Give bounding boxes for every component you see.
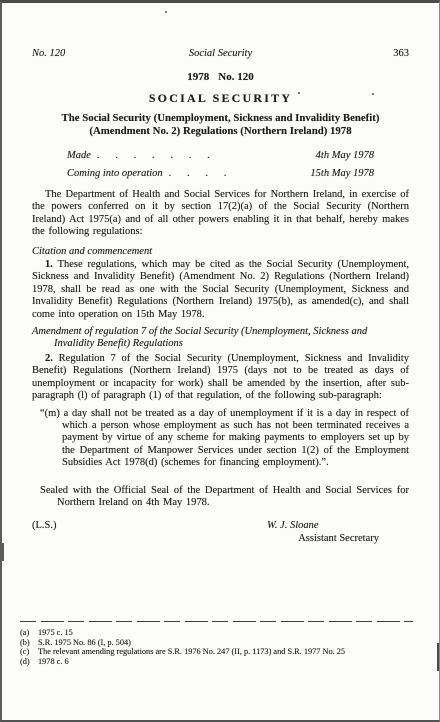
footnote-b-marker: (b) bbox=[20, 638, 38, 648]
page-number: 363 bbox=[393, 48, 409, 59]
signatory: W. J. Sloane Assistant Secretary bbox=[267, 520, 379, 544]
scan-speck bbox=[372, 93, 374, 95]
footnote-b-text: S.R. 1975 No. 86 (I, p. 504) bbox=[38, 638, 413, 648]
section-1-paragraph: 1. These regulations, which may be cited… bbox=[32, 259, 409, 321]
signature-block: (L.S.) W. J. Sloane Assistant Secretary bbox=[32, 520, 409, 552]
sealing-clause: Sealed with the Official Seal of the Dep… bbox=[32, 485, 409, 510]
running-header: No. 120 Social Security 363 bbox=[32, 48, 409, 62]
document-title-line1: The Social Security (Unemployment, Sickn… bbox=[40, 112, 401, 125]
section-2-heading: Amendment of regulation 7 of the Social … bbox=[32, 326, 409, 351]
footnote-d-marker: (d) bbox=[20, 657, 38, 667]
subject-heading: SOCIAL SECURITY bbox=[32, 91, 409, 106]
signatory-title: Assistant Secretary bbox=[267, 533, 379, 544]
instrument-no: No. 120 bbox=[218, 71, 253, 83]
instrument-year: 1978 bbox=[187, 71, 209, 83]
commencement-label: Coming into operation bbox=[67, 165, 163, 183]
section-2-number: 2. bbox=[45, 353, 53, 364]
dot-leader: . . . . . . . bbox=[91, 147, 316, 165]
document-title: The Social Security (Unemployment, Sickn… bbox=[32, 112, 409, 138]
scan-speck bbox=[165, 11, 167, 13]
section-1-text: These regulations, which may be cited as… bbox=[32, 259, 409, 320]
section-2-text: Regulation 7 of the Social Security (Une… bbox=[32, 353, 409, 401]
scan-artifact bbox=[2, 543, 4, 561]
dates-table: Made . . . . . . . 4th May 1978 Coming i… bbox=[67, 147, 374, 183]
footnote-b: (b) S.R. 1975 No. 86 (I, p. 504) bbox=[20, 638, 413, 648]
commencement-date-row: Coming into operation . . . . 15th May 1… bbox=[67, 165, 374, 183]
seal-mark: (L.S.) bbox=[32, 520, 57, 531]
footnote-a-marker: (a) bbox=[20, 628, 38, 638]
footnote-c-marker: (c) bbox=[20, 647, 38, 657]
commencement-date: 15th May 1978 bbox=[310, 165, 374, 183]
footnote-a: (a) 1975 c. 15 bbox=[20, 628, 413, 638]
section-1-number: 1. bbox=[45, 259, 53, 270]
footnote-c: (c) The relevant amending regulations ar… bbox=[20, 647, 413, 657]
document-page: No. 120 Social Security 363 1978No. 120 … bbox=[0, 0, 440, 722]
footnote-rule bbox=[20, 621, 413, 622]
running-title: Social Security bbox=[32, 48, 409, 59]
inserted-subparagraph: “(m) a day shall not be treated as a day… bbox=[32, 408, 409, 470]
dot-leader: . . . . bbox=[163, 165, 311, 183]
scan-artifact bbox=[437, 643, 439, 671]
footnote-c-text: The relevant amending regulations are S.… bbox=[38, 647, 413, 657]
signatory-name: W. J. Sloane bbox=[267, 520, 379, 531]
document-title-line2: (Amendment No. 2) Regulations (Northern … bbox=[40, 125, 401, 138]
footnote-d-text: 1978 c. 6 bbox=[38, 657, 413, 667]
footnote-d: (d) 1978 c. 6 bbox=[20, 657, 413, 667]
made-date-row: Made . . . . . . . 4th May 1978 bbox=[67, 147, 374, 165]
preamble-paragraph: The Department of Health and Social Serv… bbox=[32, 189, 409, 239]
footnotes-section: (a) 1975 c. 15 (b) S.R. 1975 No. 86 (I, … bbox=[20, 621, 413, 666]
section-1-heading: Citation and commencement bbox=[32, 246, 409, 258]
made-date: 4th May 1978 bbox=[316, 147, 374, 165]
footnote-a-text: 1975 c. 15 bbox=[38, 628, 413, 638]
scan-speck bbox=[298, 92, 300, 94]
made-label: Made bbox=[67, 147, 91, 165]
section-2-paragraph: 2. Regulation 7 of the Social Security (… bbox=[32, 353, 409, 403]
instrument-number: 1978No. 120 bbox=[32, 71, 409, 83]
